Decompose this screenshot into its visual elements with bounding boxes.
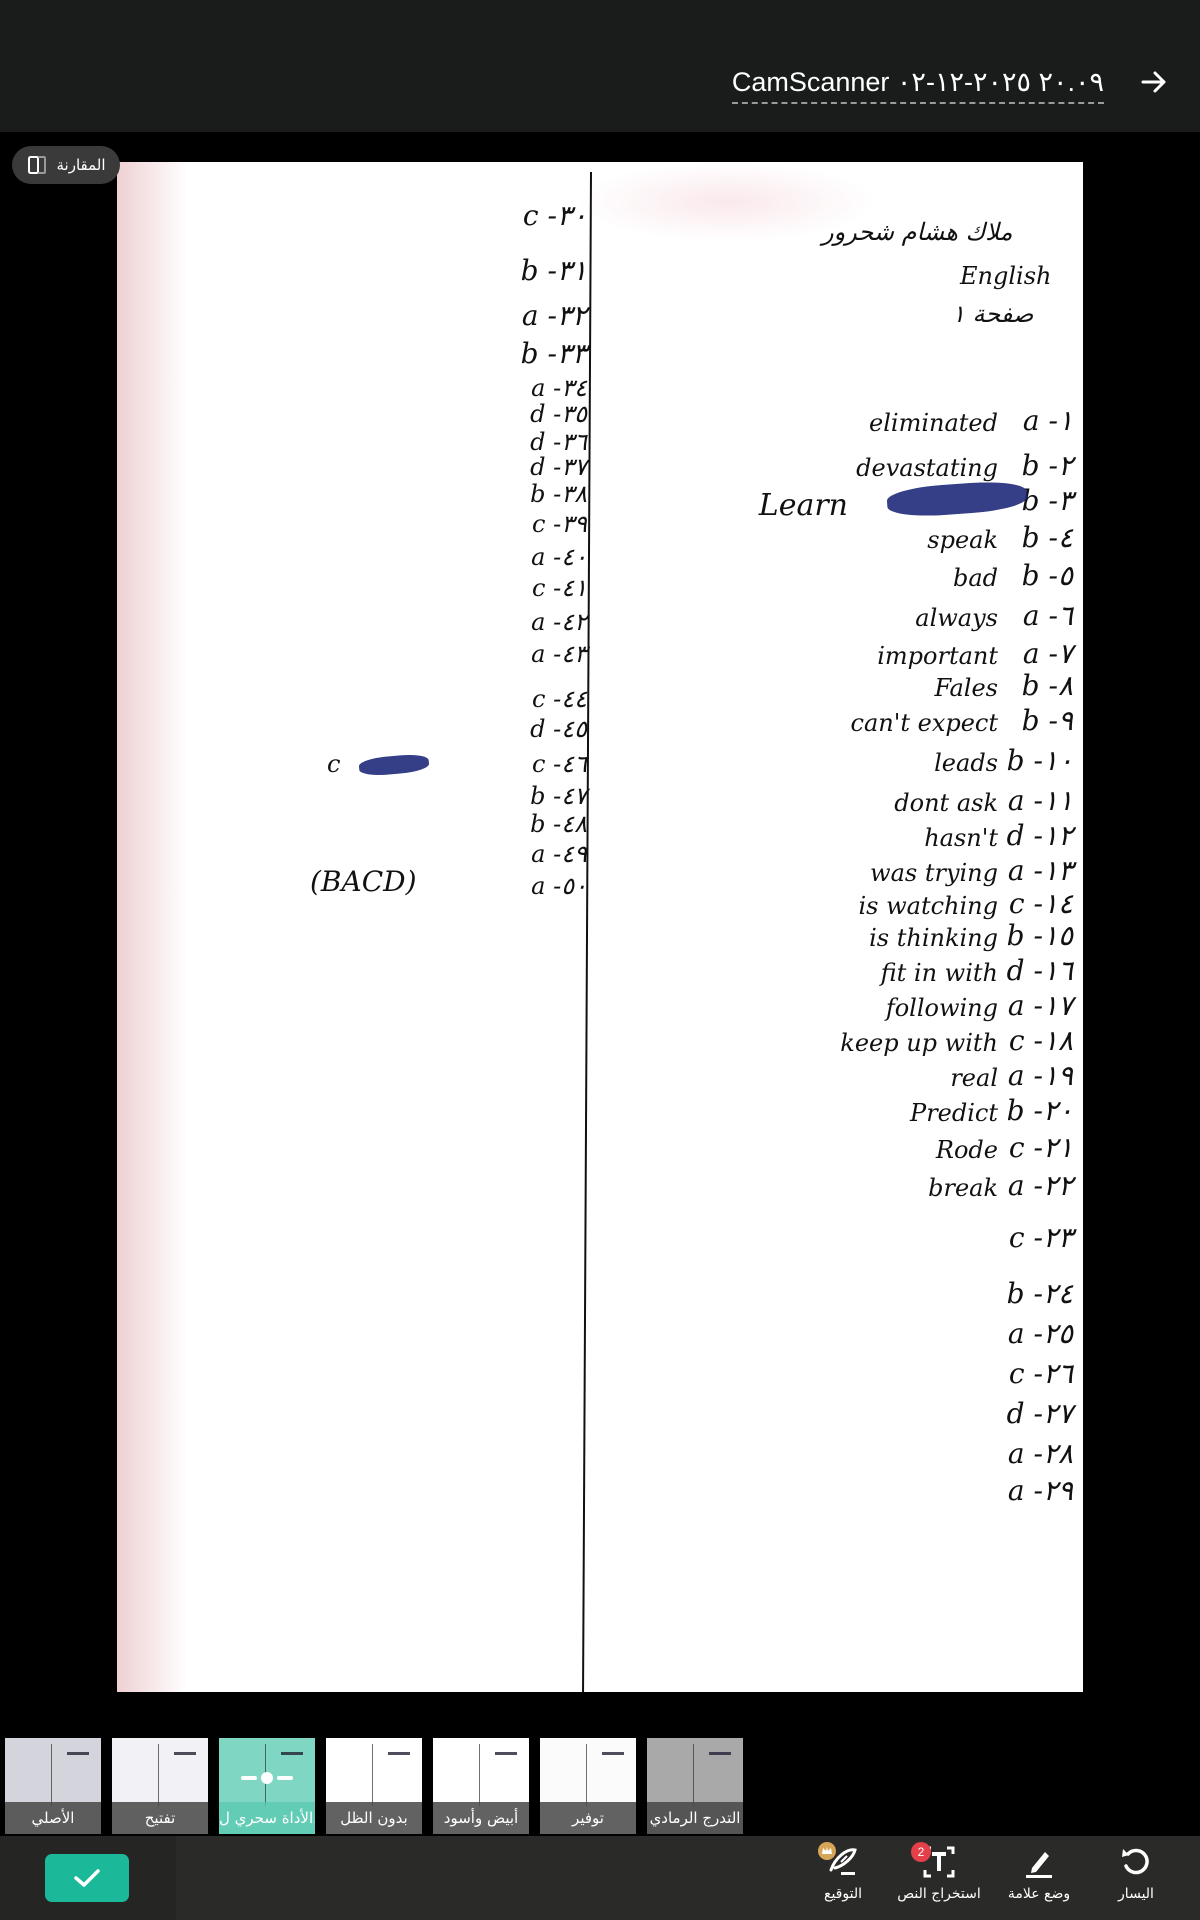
- rotate-left-label: اليسار: [1081, 1886, 1191, 1902]
- answer-word-14: is watching: [858, 894, 998, 918]
- answer-18: c -١٨: [1009, 1027, 1073, 1055]
- answer-word-18: keep up with: [840, 1031, 998, 1055]
- answer-32: a -٣٢: [522, 302, 587, 330]
- answer-46: c -٤٦: [532, 752, 587, 776]
- answer-35: d -٣٥: [530, 402, 587, 426]
- scanned-page: ملاك هشام شحرورEnglishصفحة ١a -١eliminat…: [117, 162, 1083, 1692]
- filter-label: الأصلي: [5, 1802, 101, 1834]
- filter-3[interactable]: الأداة سحري ل...: [219, 1738, 315, 1834]
- extract-text-badge: 2: [911, 1842, 931, 1862]
- answer-6: a -٦: [1023, 602, 1073, 630]
- answer-word-17: following: [886, 996, 998, 1020]
- document-title[interactable]: CamScanner ٢٠.٠٩ ٢٠٢٥-١٢-٠٢: [732, 66, 1104, 104]
- confirm-zone: [0, 1836, 176, 1920]
- answer-word-22: break: [928, 1176, 998, 1200]
- compare-label: المقارنة: [56, 156, 105, 174]
- answer-38: b -٣٨: [530, 482, 587, 506]
- confirm-button[interactable]: [45, 1854, 129, 1902]
- answer-word-15: is thinking: [869, 926, 998, 950]
- top-bar: CamScanner ٢٠.٠٩ ٢٠٢٥-١٢-٠٢: [0, 0, 1200, 132]
- answer-33: b -٣٣: [521, 340, 587, 368]
- filter-2[interactable]: تفتيح: [112, 1738, 208, 1834]
- answer-8: b -٨: [1022, 672, 1073, 700]
- answer-42: a -٤٢: [531, 610, 587, 634]
- answer-49: a -٤٩: [531, 842, 587, 866]
- signature-button[interactable]: التوقيع: [788, 1844, 898, 1916]
- answer-39: c -٣٩: [532, 512, 587, 536]
- answer-19: a -١٩: [1008, 1062, 1073, 1090]
- answer-24: b -٢٤: [1007, 1280, 1073, 1308]
- pen-mark-icon: [1021, 1844, 1057, 1880]
- answer-2: b -٢: [1022, 452, 1073, 480]
- answer-word-19: real: [950, 1066, 998, 1090]
- answer-50: a -٥٠: [531, 874, 587, 898]
- answer-word-1: eliminated: [869, 411, 998, 435]
- filter-strip: الأصليتفتيحالأداة سحري ل...بدون الظلأبيض…: [0, 1732, 1200, 1836]
- answer-17: a -١٧: [1008, 992, 1073, 1020]
- answer-1: a -١: [1023, 407, 1073, 435]
- subject-label: English: [960, 264, 1051, 288]
- answer-41: c -٤١: [532, 576, 587, 600]
- answer-30: c -٣٠: [523, 202, 587, 230]
- answer-34: a -٣٤: [531, 376, 587, 400]
- answer-word-8: Fales: [934, 676, 998, 700]
- rotate-left-button[interactable]: اليسار: [1081, 1844, 1191, 1916]
- answer-word-9: can't expect: [851, 711, 998, 735]
- document-preview-area: المقارنة ملاك هشام شحرورEnglishصفحة ١a -…: [0, 132, 1200, 1732]
- answer-20: b -٢٠: [1007, 1097, 1073, 1125]
- answer-25: a -٢٥: [1008, 1320, 1073, 1348]
- answer-word-21: Rode: [936, 1138, 998, 1162]
- answer-4: b -٤: [1022, 524, 1073, 552]
- filter-6[interactable]: توفير: [540, 1738, 636, 1834]
- answer-44: c -٤٤: [532, 687, 587, 711]
- answer-word-5: bad: [953, 566, 998, 590]
- filter-5[interactable]: أبيض وأسود: [433, 1738, 529, 1834]
- filter-4[interactable]: بدون الظل: [326, 1738, 422, 1834]
- filter-label: أبيض وأسود: [433, 1802, 529, 1834]
- answer-5: b -٥: [1022, 562, 1073, 590]
- answer-10: b -١٠: [1007, 747, 1073, 775]
- bottom-toolbar: اليسار وضع علامة 2 استخراج النص التوقيع: [0, 1836, 1200, 1920]
- crown-icon: [818, 1842, 836, 1860]
- compare-button[interactable]: المقارنة: [12, 146, 120, 184]
- filter-label: التدرج الرمادي: [647, 1802, 743, 1834]
- answer-word-6: always: [915, 606, 998, 630]
- answer-13: a -١٣: [1008, 857, 1073, 885]
- answer-word-3: Learn: [759, 491, 848, 521]
- answer-14: c -١٤: [1009, 890, 1073, 918]
- answer-47: b -٤٧: [530, 784, 587, 808]
- crossed-out-scribble: [358, 753, 429, 777]
- answer-3: b -٣: [1022, 487, 1073, 515]
- answer-48: b -٤٨: [530, 812, 587, 836]
- answer-word-10: leads: [934, 751, 998, 775]
- mark-button[interactable]: وضع علامة: [984, 1844, 1094, 1916]
- answer-27: d -٢٧: [1007, 1400, 1073, 1428]
- filter-label: بدون الظل: [326, 1802, 422, 1834]
- checkmark-icon: [72, 1866, 102, 1890]
- page-number-label: صفحة ١: [952, 302, 1033, 326]
- answer-22: a -٢٢: [1008, 1172, 1073, 1200]
- answer-31: b -٣١: [521, 257, 587, 285]
- answer-28: a -٢٨: [1008, 1440, 1073, 1468]
- filter-label: تفتيح: [112, 1802, 208, 1834]
- answer-40: a -٤٠: [531, 545, 587, 569]
- rotate-left-icon: [1118, 1844, 1154, 1880]
- answer-37: d -٣٧: [530, 455, 587, 479]
- answer-29: a -٢٩: [1008, 1477, 1073, 1505]
- answer-11: a -١١: [1008, 787, 1073, 815]
- filter-7[interactable]: التدرج الرمادي: [647, 1738, 743, 1834]
- answer-word-16: fit in with: [881, 961, 998, 985]
- extract-text-button[interactable]: 2 استخراج النص: [884, 1844, 994, 1916]
- extract-text-label: استخراج النص: [884, 1886, 994, 1902]
- answer-word-20: Predict: [910, 1101, 998, 1125]
- answer-43: a -٤٣: [531, 642, 587, 666]
- filter-1[interactable]: الأصلي: [5, 1738, 101, 1834]
- answer-23: c -٢٣: [1009, 1224, 1073, 1252]
- answer-word-4: speak: [927, 528, 998, 552]
- signature-label: التوقيع: [788, 1886, 898, 1902]
- student-name: ملاك هشام شحرور: [822, 220, 1012, 244]
- answer-note-50: (BACD): [310, 868, 417, 896]
- answer-7: a -٧: [1023, 640, 1073, 668]
- answer-45: d -٤٥: [530, 717, 587, 741]
- adjust-slider-icon[interactable]: [241, 1770, 293, 1786]
- answer-15: b -١٥: [1007, 922, 1073, 950]
- arrow-right-icon[interactable]: [1138, 66, 1170, 98]
- answer-word-13: was trying: [870, 861, 998, 885]
- answer-21: c -٢١: [1009, 1134, 1073, 1162]
- answer-word-7: important: [877, 644, 998, 668]
- answer-word-2: devastating: [856, 456, 998, 480]
- crossed-out-scribble: [886, 479, 1028, 519]
- answer-12: d -١٢: [1007, 822, 1073, 850]
- answer-word-12: hasn't: [924, 826, 998, 850]
- corrected-answer-46: c: [327, 752, 340, 776]
- compare-split-icon: [26, 154, 48, 176]
- answer-36: d -٣٦: [530, 430, 587, 454]
- mark-label: وضع علامة: [984, 1886, 1094, 1902]
- filter-label: الأداة سحري ل...: [219, 1802, 315, 1834]
- answer-word-11: dont ask: [894, 791, 998, 815]
- filter-label: توفير: [540, 1802, 636, 1834]
- answer-16: d -١٦: [1007, 957, 1073, 985]
- answer-26: c -٢٦: [1009, 1360, 1073, 1388]
- answer-9: b -٩: [1022, 707, 1073, 735]
